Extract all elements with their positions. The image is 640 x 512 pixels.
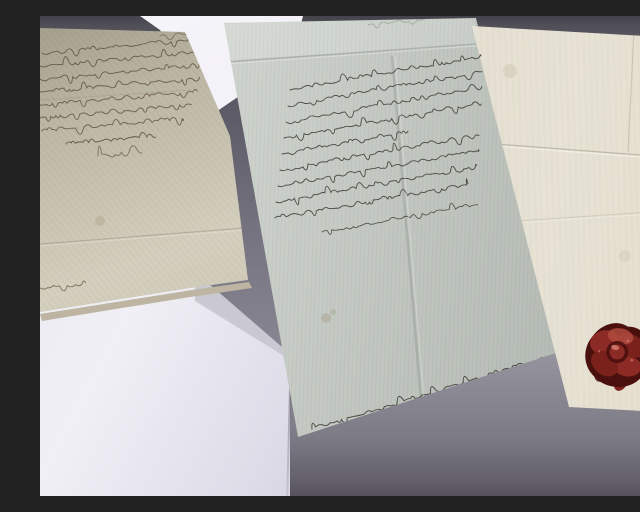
photo-of-three-letters: Photograph of three 18th-century handwri… (40, 16, 640, 496)
